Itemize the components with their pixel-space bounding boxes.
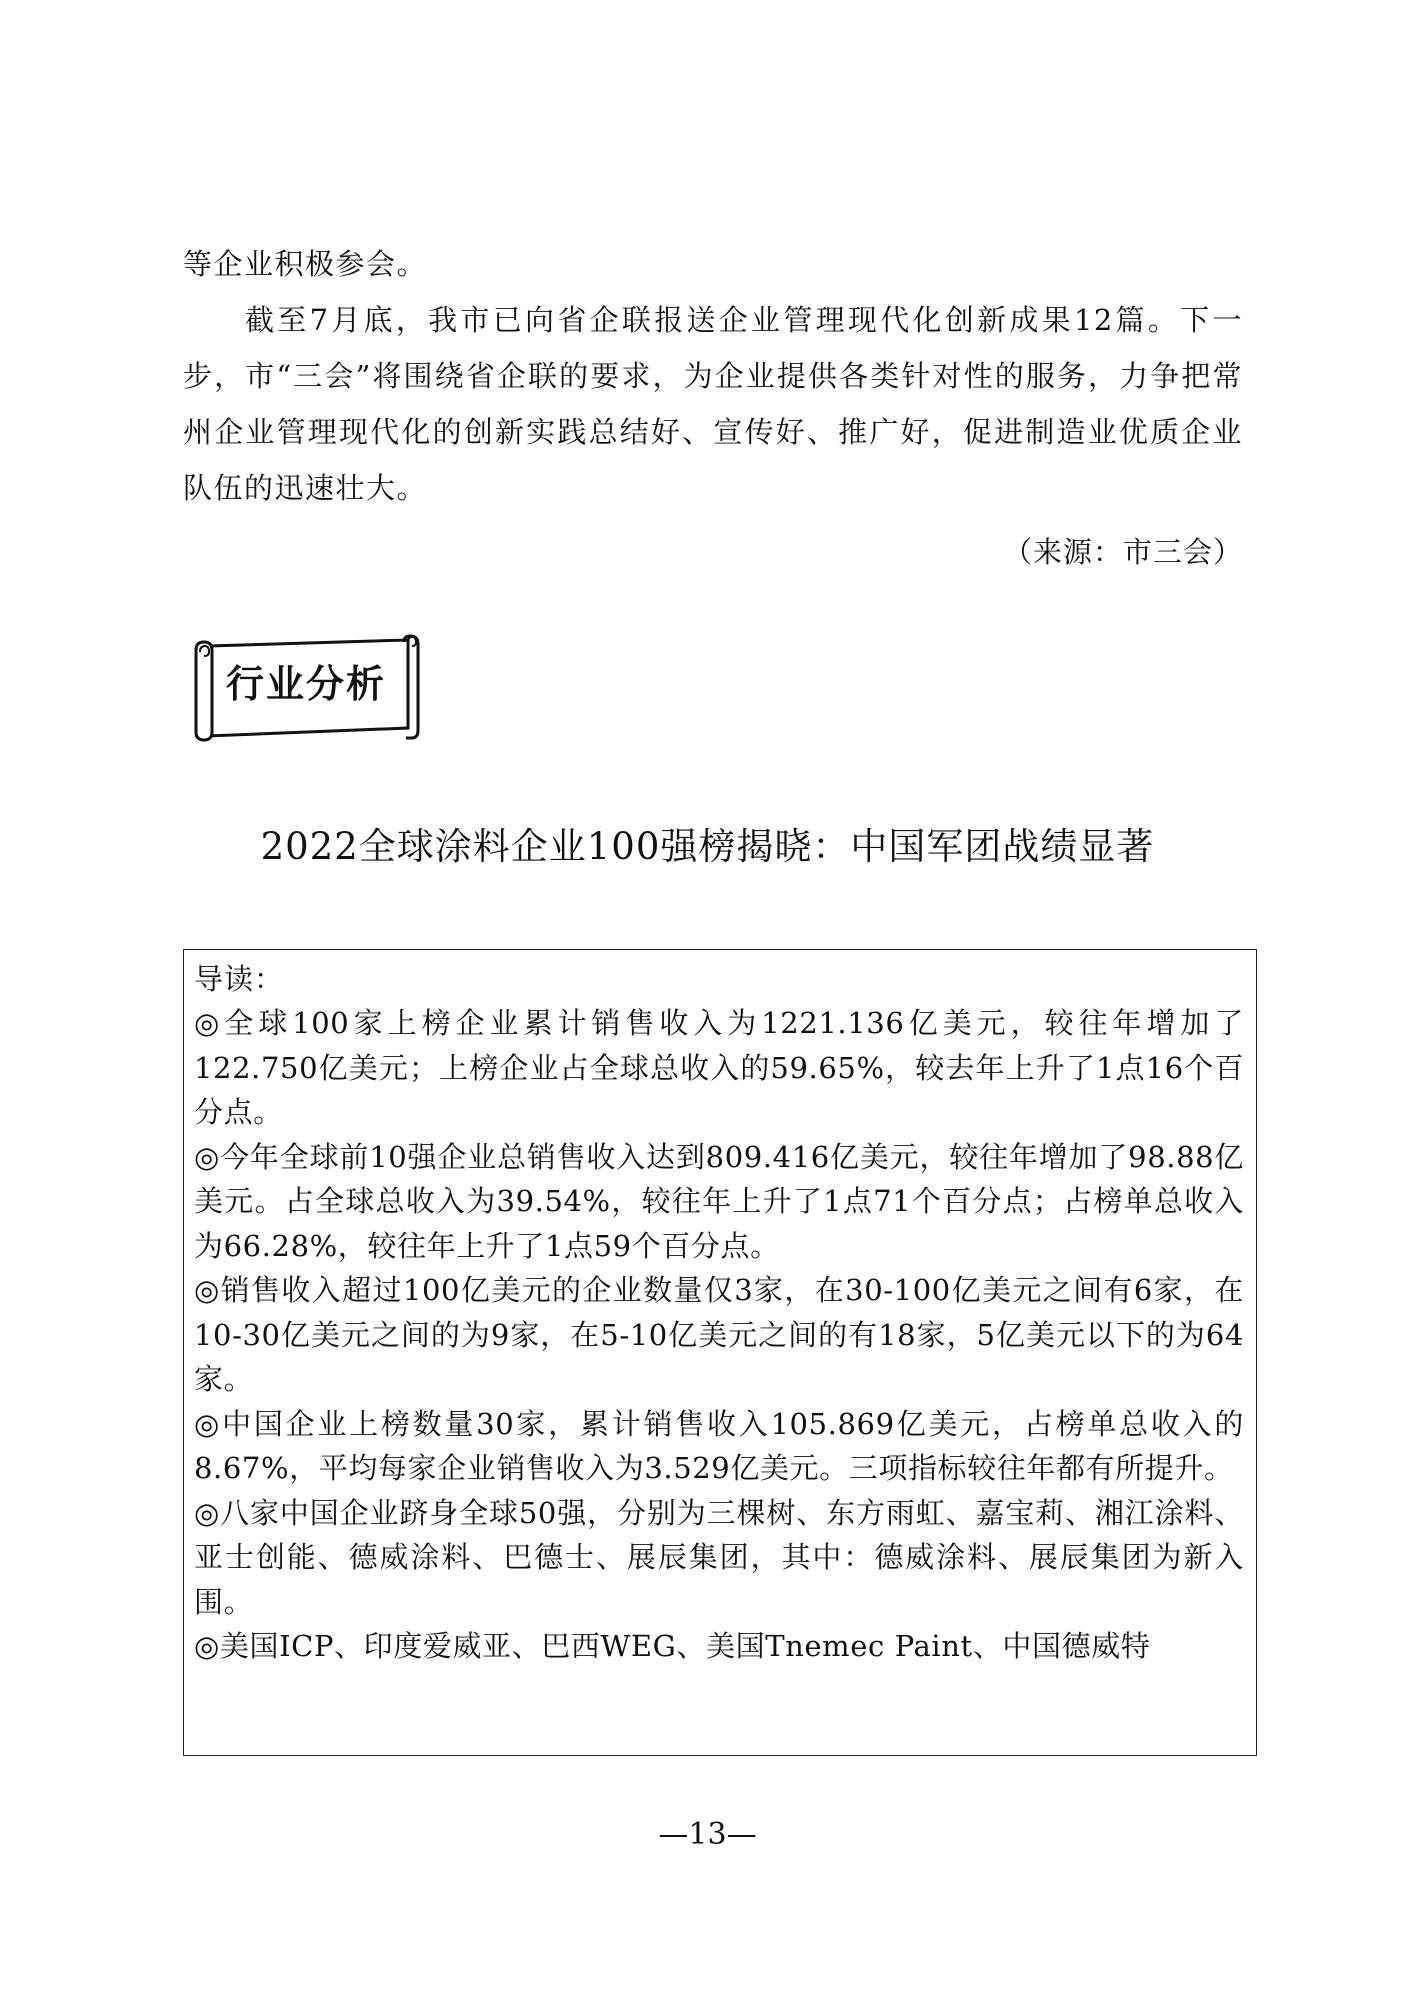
- document-page: 等企业积极参会。 截至7月底，我市已向省企联报送企业管理现代化创新成果12篇。下…: [0, 0, 1415, 2000]
- lead-item: ◎今年全球前10强企业总销售收入达到809.416亿美元，较往年增加了98.88…: [194, 1135, 1244, 1269]
- section-banner: 行业分析: [186, 632, 426, 742]
- article-title: 2022全球涂料企业100强榜揭晓：中国军团战绩显著: [0, 822, 1415, 872]
- lead-summary-box: 导读： ◎全球100家上榜企业累计销售收入为1221.136亿美元，较往年增加了…: [183, 949, 1257, 1756]
- lead-item: ◎中国企业上榜数量30家，累计销售收入105.869亿美元，占榜单总收入的8.6…: [194, 1402, 1244, 1491]
- lead-item: ◎全球100家上榜企业累计销售收入为1221.136亿美元，较往年增加了122.…: [194, 1001, 1244, 1135]
- page-number: —13—: [0, 1815, 1415, 1855]
- lead-item: ◎美国ICP、印度爱威亚、巴西WEG、美国Tnemec Paint、中国德威特: [194, 1624, 1244, 1669]
- lead-label: 导读：: [194, 958, 1244, 1001]
- continued-paragraph: 等企业积极参会。: [183, 236, 1243, 292]
- lead-item: ◎销售收入超过100亿美元的企业数量仅3家，在30-100亿美元之间有6家，在1…: [194, 1268, 1244, 1402]
- body-paragraph: 截至7月底，我市已向省企联报送企业管理现代化创新成果12篇。下一步，市“三会”将…: [183, 292, 1243, 516]
- section-label: 行业分析: [216, 652, 396, 716]
- source-attribution: （来源：市三会）: [1003, 532, 1243, 572]
- lead-item: ◎八家中国企业跻身全球50强，分别为三棵树、东方雨虹、嘉宝莉、湘江涂料、亚士创能…: [194, 1491, 1244, 1625]
